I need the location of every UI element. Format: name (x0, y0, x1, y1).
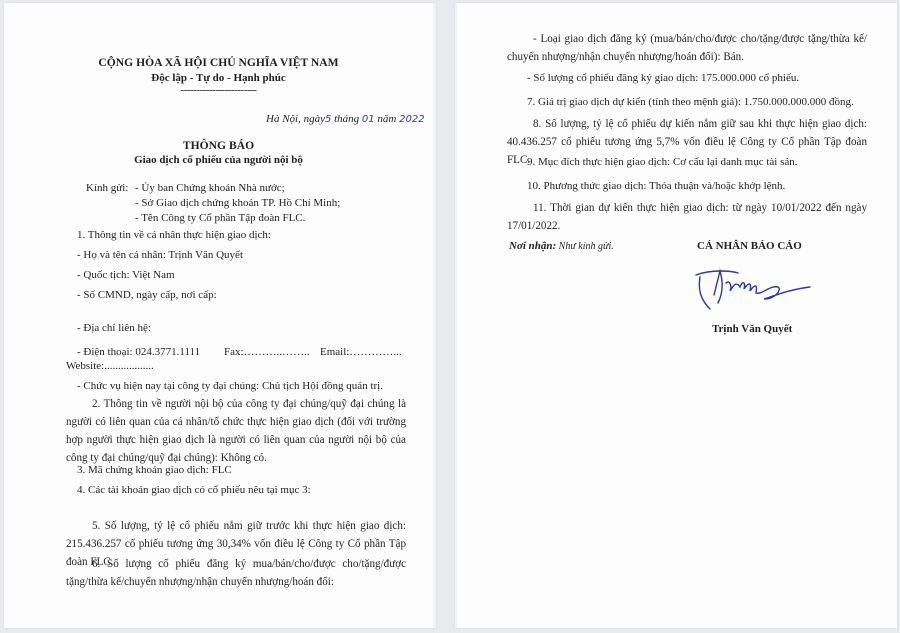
recipients-label: Kính gửi: (86, 181, 128, 195)
registered-quantity: - Số lượng cổ phiếu đăng ký giao dịch: 1… (527, 71, 799, 85)
recipients-note-value: Như kính gửi. (556, 241, 614, 252)
person-nationality: - Quốc tịch: Việt Nam (77, 268, 175, 282)
section-2: 2. Thông tin về người nội bộ của công ty… (66, 395, 406, 467)
person-name: - Họ và tên cá nhân: Trịnh Văn Quyết (77, 248, 243, 262)
person-email: Email:…………... (320, 345, 402, 359)
document-subtitle: Giao dịch cổ phiếu của người nội bộ (4, 153, 433, 167)
person-website: Website:.................. (66, 359, 154, 373)
signer-title: CÁ NHÂN BÁO CÁO (697, 239, 802, 253)
document-title: THÔNG BÁO (4, 139, 433, 153)
recipients-note-label: Nơi nhận: (509, 240, 556, 252)
section-3: 3. Mã chứng khoán giao dịch: FLC (77, 463, 232, 477)
section-1-title: 1. Thông tin về cá nhân thực hiện giao d… (77, 228, 271, 242)
document-date: Hà Nội, ngày5 tháng 01 năm 2022 (266, 112, 425, 127)
person-id: - Số CMND, ngày cấp, nơi cấp: (77, 288, 217, 302)
person-address: - Địa chỉ liên hệ: (77, 321, 151, 335)
date-month-label: tháng (331, 113, 362, 125)
person-fax: Fax:………..…….. (224, 345, 310, 359)
section-9: 9. Mục đích thực hiện giao dịch: Cơ cấu … (527, 155, 798, 169)
recipient-2: - Sở Giao dịch chứng khoán TP. Hồ Chí Mi… (135, 196, 340, 210)
recipient-1: - Ủy ban Chứng khoán Nhà nước; (135, 181, 285, 195)
section-6: 6. Số lượng cổ phiếu đăng ký mua/bán/cho… (66, 555, 406, 591)
recipient-3: - Tên Công ty Cổ phần Tập đoàn FLC. (135, 211, 305, 225)
document-page-2: - Loại giao dịch đăng ký (mua/bán/cho/đư… (455, 3, 897, 628)
signature-icon (692, 265, 812, 315)
section-10: 10. Phương thức giao dịch: Thỏa thuận và… (527, 179, 785, 193)
section-4: 4. Các tài khoản giao dịch có cổ phiếu n… (77, 483, 311, 497)
date-year: 2022 (399, 114, 424, 125)
person-phone: - Điện thoại: 024.3771.1111 (77, 345, 200, 359)
section-11: 11. Thời gian dự kiến thực hiện giao dịc… (507, 199, 867, 235)
document-page-1: CỘNG HÒA XÃ HỘI CHỦ NGHĨA VIỆT NAM Độc l… (4, 3, 436, 628)
transaction-type: - Loại giao dịch đăng ký (mua/bán/cho/đư… (507, 30, 867, 66)
national-header: CỘNG HÒA XÃ HỘI CHỦ NGHĨA VIỆT NAM (4, 56, 433, 70)
date-month: 01 (362, 114, 375, 125)
header-divider: ------------------------ (4, 83, 433, 97)
section-7: 7. Giá trị giao dịch dự kiến (tính theo … (527, 95, 854, 109)
date-prefix: Hà Nội, ngày (266, 113, 325, 125)
recipients-note: Nơi nhận: Như kính gửi. (509, 239, 614, 254)
person-position: - Chức vụ hiện nay tại công ty đại chúng… (77, 379, 383, 393)
date-year-label: năm (375, 113, 399, 125)
signer-name: Trịnh Văn Quyết (712, 323, 792, 335)
